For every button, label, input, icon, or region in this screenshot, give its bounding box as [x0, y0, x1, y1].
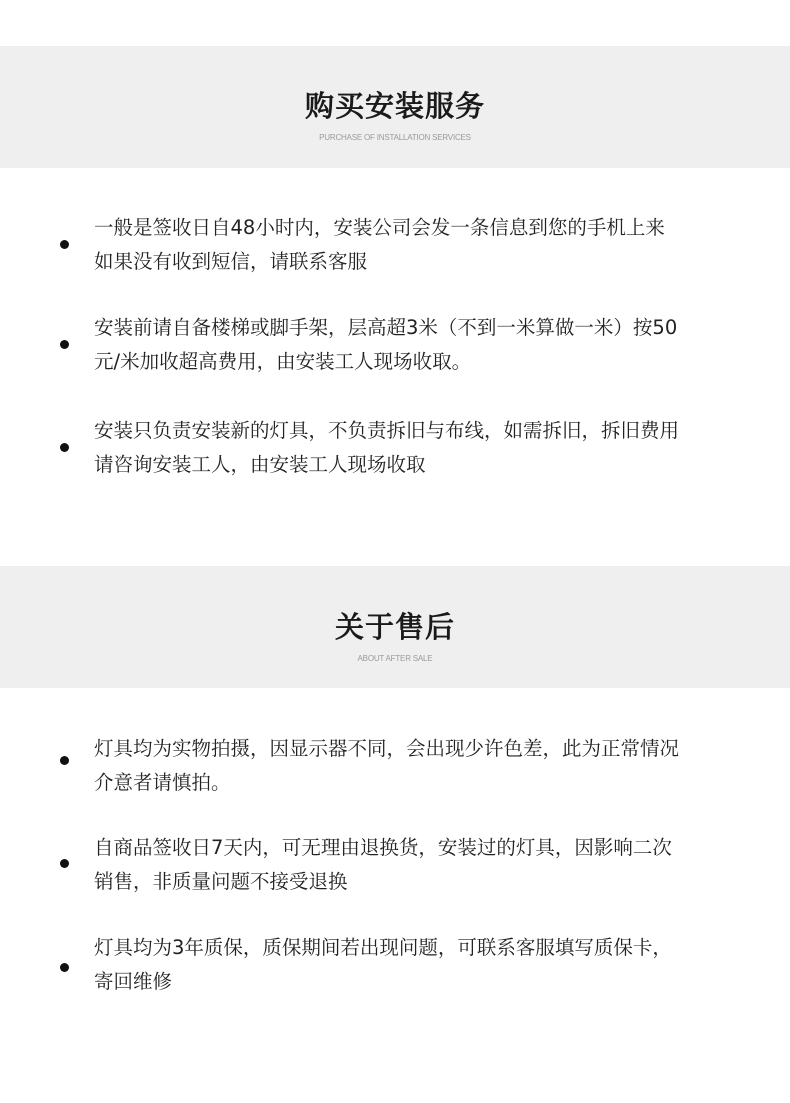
list-item: 安装只负责安装新的灯具，不负责拆旧与布线，如需拆旧，拆旧费用 请咨询安装工人，由… — [0, 413, 790, 483]
text-line: 介意者请慎拍。 — [94, 766, 734, 800]
list-item: 灯具均为实物拍摄，因显示器不同，会出现少许色差，此为正常情况 介意者请慎拍。 — [0, 732, 790, 802]
list-item: 安装前请自备楼梯或脚手架，层高超3米（不到一米算做一米）按50 元/米加收超高费… — [0, 310, 790, 380]
text-line: 安装只负责安装新的灯具，不负责拆旧与布线，如需拆旧，拆旧费用 — [94, 414, 734, 448]
list-item-text: 安装前请自备楼梯或脚手架，层高超3米（不到一米算做一米）按50 元/米加收超高费… — [94, 311, 734, 379]
bullet-icon — [60, 340, 69, 349]
bullet-icon — [60, 756, 69, 765]
section-header-installation: 购买安装服务 PURCHASE OF INSTALLATION SERVICES — [0, 46, 790, 168]
section-subtitle: ABOUT AFTER SALE — [0, 654, 790, 664]
text-line: 销售，非质量问题不接受退换 — [94, 865, 734, 899]
list-item-text: 一般是签收日自48小时内，安装公司会发一条信息到您的手机上来 如果没有收到短信，… — [94, 211, 734, 279]
list-item: 一般是签收日自48小时内，安装公司会发一条信息到您的手机上来 如果没有收到短信，… — [0, 210, 790, 280]
text-line: 灯具均为实物拍摄，因显示器不同，会出现少许色差，此为正常情况 — [94, 732, 734, 766]
section-header-after-sale: 关于售后 ABOUT AFTER SALE — [0, 566, 790, 688]
text-line: 寄回维修 — [94, 965, 734, 999]
list-item-text: 灯具均为3年质保，质保期间若出现问题，可联系客服填写质保卡， 寄回维修 — [94, 931, 734, 999]
text-line: 自商品签收日7天内，可无理由退换货，安装过的灯具，因影响二次 — [94, 831, 734, 865]
bullet-icon — [60, 963, 69, 972]
list-item-text: 自商品签收日7天内，可无理由退换货，安装过的灯具，因影响二次 销售，非质量问题不… — [94, 831, 734, 899]
list-item: 灯具均为3年质保，质保期间若出现问题，可联系客服填写质保卡， 寄回维修 — [0, 931, 790, 1001]
bullet-icon — [60, 240, 69, 249]
text-line: 一般是签收日自48小时内，安装公司会发一条信息到您的手机上来 — [94, 211, 734, 245]
section-title: 关于售后 — [0, 609, 790, 645]
bullet-icon — [60, 859, 69, 868]
text-line: 请咨询安装工人，由安装工人现场收取 — [94, 448, 734, 482]
list-item-text: 灯具均为实物拍摄，因显示器不同，会出现少许色差，此为正常情况 介意者请慎拍。 — [94, 732, 734, 800]
bullet-icon — [60, 443, 69, 452]
section-title: 购买安装服务 — [0, 88, 790, 124]
list-item: 自商品签收日7天内，可无理由退换货，安装过的灯具，因影响二次 销售，非质量问题不… — [0, 831, 790, 901]
text-line: 元/米加收超高费用，由安装工人现场收取。 — [94, 345, 734, 379]
list-item-text: 安装只负责安装新的灯具，不负责拆旧与布线，如需拆旧，拆旧费用 请咨询安装工人，由… — [94, 414, 734, 482]
section-subtitle: PURCHASE OF INSTALLATION SERVICES — [0, 133, 790, 143]
text-line: 如果没有收到短信，请联系客服 — [94, 245, 734, 279]
text-line: 灯具均为3年质保，质保期间若出现问题，可联系客服填写质保卡， — [94, 931, 734, 965]
text-line: 安装前请自备楼梯或脚手架，层高超3米（不到一米算做一米）按50 — [94, 311, 734, 345]
